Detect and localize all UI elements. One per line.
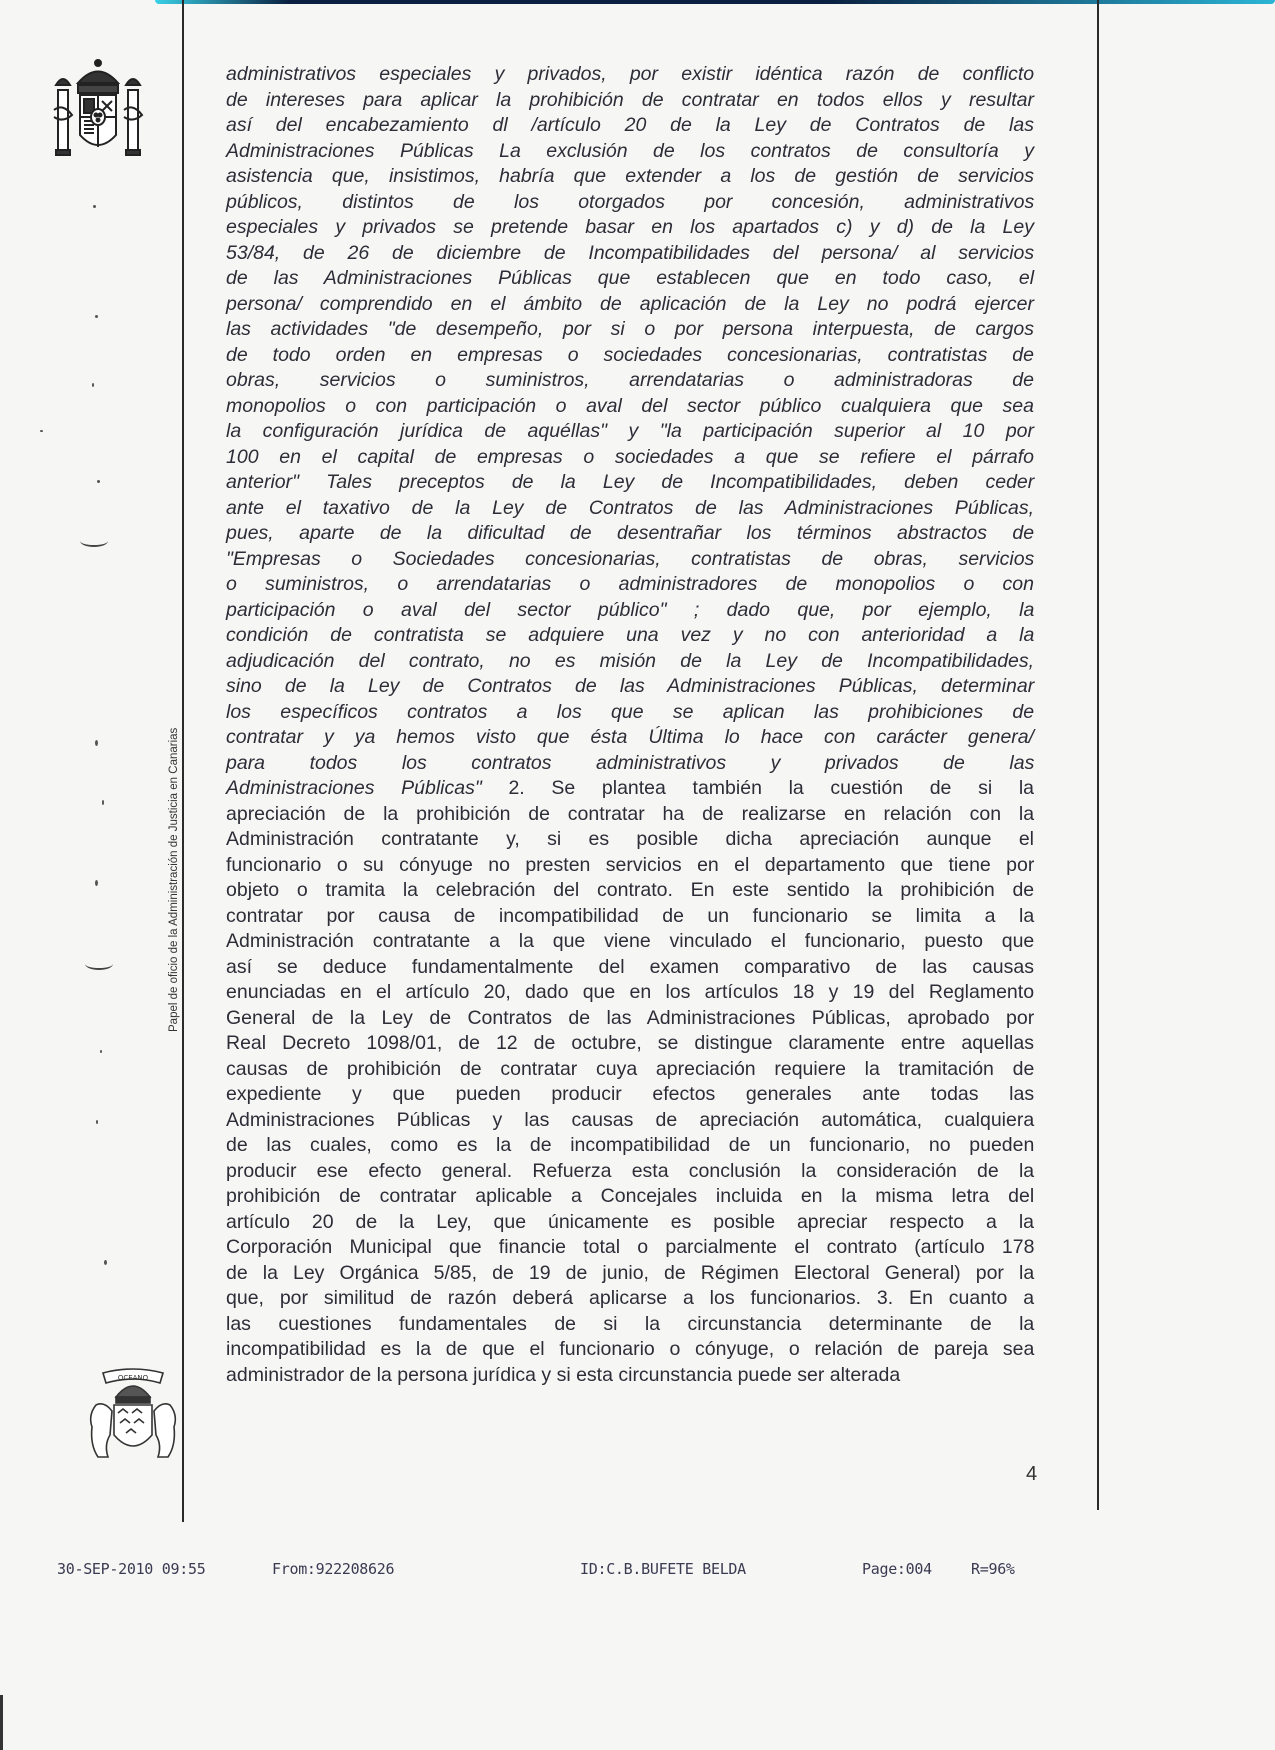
body-text-line: "Empresas o Sociedades concesionarias, c…	[226, 547, 1034, 573]
body-text-line: expediente y que pueden producir efectos…	[226, 1082, 1034, 1108]
body-text-line: 53/84, de 26 de diciembre de Incompatibi…	[226, 241, 1034, 267]
body-text-line: 100 en el capital de empresas o sociedad…	[226, 445, 1034, 471]
scan-edge	[0, 1695, 3, 1750]
body-text-segment: monopolios o con participación o aval de…	[226, 395, 1034, 417]
body-text-line: Corporación Municipal que financie total…	[226, 1235, 1034, 1261]
body-text-segment: Administraciones Públicas y las causas d…	[226, 1109, 1034, 1131]
scan-speck	[104, 1260, 107, 1265]
body-text-segment: de intereses para aplicar la prohibición…	[226, 89, 1034, 111]
body-text-line: Administración contratante y, si es posi…	[226, 827, 1034, 853]
scan-speck	[92, 383, 94, 387]
body-text-segment: públicos, distintos de los otorgados por…	[226, 191, 1034, 213]
body-text-line: Administraciones Públicas La exclusión d…	[226, 139, 1034, 165]
body-text-line: Administraciones Públicas y las causas d…	[226, 1108, 1034, 1134]
body-text-line: artículo 20 de la Ley, que únicamente es…	[226, 1210, 1034, 1236]
body-text-line: ante el taxativo de la Ley de Contratos …	[226, 496, 1034, 522]
body-text-segment: artículo 20 de la Ley, que únicamente es…	[226, 1211, 1034, 1233]
scan-speck	[96, 1120, 98, 1124]
body-text-segment: funcionario o su cónyuge no presten serv…	[226, 854, 1034, 876]
body-text-segment: ante el taxativo de la Ley de Contratos …	[226, 497, 1034, 519]
document-body: administrativos especiales y privados, p…	[226, 62, 1034, 1388]
body-text-segment: de la Ley Orgánica 5/85, de 19 de junio,…	[226, 1262, 1034, 1284]
body-text-segment: adjudicación del contrato, no es misión …	[226, 650, 1034, 672]
body-text-line: pues, aparte de la dificultad de desentr…	[226, 521, 1034, 547]
body-text-segment: producir ese efecto general. Refuerza es…	[226, 1160, 1034, 1182]
body-text-segment: Administraciones Públicas"	[226, 777, 482, 799]
body-text-line: contratar por causa de incompatibilidad …	[226, 904, 1034, 930]
body-text-segment: asistencia que, insistimos, habría que e…	[226, 165, 1034, 187]
body-text-segment: obras, servicios o suministros, arrendat…	[226, 369, 1034, 391]
fax-datetime: 30-SEP-2010 09:55	[57, 1560, 205, 1578]
body-text-line: participación o aval del sector público"…	[226, 598, 1034, 624]
body-text-line: de las cuales, como es la de incompatibi…	[226, 1133, 1034, 1159]
body-text-segment: de las Administraciones Públicas que est…	[226, 267, 1034, 289]
body-text-segment: así se deduce fundamentalmente del exame…	[226, 956, 1034, 978]
body-text-line: obras, servicios o suministros, arrendat…	[226, 368, 1034, 394]
body-text-line: Real Decreto 1098/01, de 12 de octubre, …	[226, 1031, 1034, 1057]
scan-speck	[95, 315, 98, 318]
body-text-segment: de las cuales, como es la de incompatibi…	[226, 1134, 1034, 1156]
body-text-segment: anterior" Tales preceptos de la Ley de I…	[226, 471, 1034, 493]
body-text-segment: de todo orden en empresas o sociedades c…	[226, 344, 1034, 366]
body-text-line: objeto o tramita la celebración del cont…	[226, 878, 1034, 904]
body-text-segment: Administraciones Públicas La exclusión d…	[226, 140, 1034, 162]
body-text-line: así se deduce fundamentalmente del exame…	[226, 955, 1034, 981]
fax-sender-id: ID:C.B.BUFETE BELDA	[580, 1560, 746, 1578]
body-text-segment: enunciadas en el artículo 20, dado que e…	[226, 981, 1034, 1003]
body-text-line: enunciadas en el artículo 20, dado que e…	[226, 980, 1034, 1006]
body-text-segment: así del encabezamiento dl /artículo 20 d…	[226, 114, 1034, 136]
scan-speck	[100, 1050, 102, 1053]
scan-speck	[95, 880, 98, 886]
body-text-segment: para todos los contratos administrativos…	[226, 752, 1034, 774]
body-text-line: sino de la Ley de Contratos de las Admin…	[226, 674, 1034, 700]
body-text-segment: condición de contratista se adquiere una…	[226, 624, 1034, 646]
body-text-segment: 100 en el capital de empresas o sociedad…	[226, 446, 1034, 468]
scan-speck	[102, 800, 104, 805]
body-text-segment: administrador de la persona jurídica y s…	[226, 1364, 900, 1386]
body-text-segment: General de la Ley de Contratos de las Ad…	[226, 1007, 1034, 1029]
canarias-coat-of-arms-icon: OCEANO	[78, 1335, 188, 1475]
body-text-segment: prohibición de contratar aplicable a Con…	[226, 1185, 1034, 1207]
body-text-line: de intereses para aplicar la prohibición…	[226, 88, 1034, 114]
body-text-line: las cuestiones fundamentales de si la ci…	[226, 1312, 1034, 1338]
body-text-line: producir ese efecto general. Refuerza es…	[226, 1159, 1034, 1185]
body-text-segment: "Empresas o Sociedades concesionarias, c…	[226, 548, 1034, 570]
body-text-segment: Corporación Municipal que financie total…	[226, 1236, 1034, 1258]
svg-text:OCEANO: OCEANO	[118, 1374, 149, 1382]
body-text-line: asistencia que, insistimos, habría que e…	[226, 164, 1034, 190]
body-text-line: públicos, distintos de los otorgados por…	[226, 190, 1034, 216]
scan-speck	[93, 205, 96, 208]
body-text-segment: causas de prohibición de contratar cuya …	[226, 1058, 1034, 1080]
body-text-segment: los específicos contratos a los que se a…	[226, 701, 1034, 723]
body-text-line: de las Administraciones Públicas que est…	[226, 266, 1034, 292]
spain-coat-of-arms-icon	[48, 55, 148, 175]
body-text-segment: administrativos especiales y privados, p…	[226, 63, 1034, 85]
body-text-line: persona/ comprendido en el ámbito de apl…	[226, 292, 1034, 318]
body-text-line: de todo orden en empresas o sociedades c…	[226, 343, 1034, 369]
fax-page: Page:004	[862, 1560, 932, 1578]
body-text-line: prohibición de contratar aplicable a Con…	[226, 1184, 1034, 1210]
body-text-line: las actividades "de desempeño, por si o …	[226, 317, 1034, 343]
body-text-segment: o suministros, o arrendatarias o adminis…	[226, 573, 1034, 595]
body-text-line: así del encabezamiento dl /artículo 20 d…	[226, 113, 1034, 139]
body-text-segment: pues, aparte de la dificultad de desentr…	[226, 522, 1034, 544]
body-text-segment: objeto o tramita la celebración del cont…	[226, 879, 1034, 901]
left-margin-rule	[182, 0, 184, 1522]
body-text-segment: participación o aval del sector público"…	[226, 599, 1034, 621]
body-text-line: adjudicación del contrato, no es misión …	[226, 649, 1034, 675]
body-text-line: que, por similitud de razón deberá aplic…	[226, 1286, 1034, 1312]
body-text-line: monopolios o con participación o aval de…	[226, 394, 1034, 420]
body-text-line: General de la Ley de Contratos de las Ad…	[226, 1006, 1034, 1032]
right-margin-rule	[1097, 0, 1099, 1510]
body-text-segment: apreciación de la prohibición de contrat…	[226, 803, 1034, 825]
body-text-line: administrativos especiales y privados, p…	[226, 62, 1034, 88]
body-text-line: Administración contratante a la que vien…	[226, 929, 1034, 955]
body-text-segment: la configuración jurídica de aquéllas" y…	[226, 420, 1034, 442]
body-text-line: condición de contratista se adquiere una…	[226, 623, 1034, 649]
page-number: 4	[1026, 1463, 1037, 1486]
body-text-line: administrador de la persona jurídica y s…	[226, 1363, 1034, 1389]
body-text-line: Administraciones Públicas" 2. Se plantea…	[226, 776, 1034, 802]
body-text-line: la configuración jurídica de aquéllas" y…	[226, 419, 1034, 445]
body-text-segment: expediente y que pueden producir efectos…	[226, 1083, 1034, 1105]
body-text-line: para todos los contratos administrativos…	[226, 751, 1034, 777]
body-text-segment: persona/ comprendido en el ámbito de apl…	[226, 293, 1034, 315]
body-text-segment: las actividades "de desempeño, por si o …	[226, 318, 1034, 340]
body-text-line: contratar y ya hemos visto que ésta Últi…	[226, 725, 1034, 751]
body-text-line: incompatibilidad es la de que el funcion…	[226, 1337, 1034, 1363]
body-text-segment: las cuestiones fundamentales de si la ci…	[226, 1313, 1034, 1335]
body-text-line: de la Ley Orgánica 5/85, de 19 de junio,…	[226, 1261, 1034, 1287]
body-text-segment: Administración contratante a la que vien…	[226, 930, 1034, 952]
body-text-segment: incompatibilidad es la de que el funcion…	[226, 1338, 1034, 1360]
fax-resolution: R=96%	[971, 1560, 1015, 1578]
body-text-segment: 2. Se plantea también la cuestión de si …	[482, 777, 1034, 799]
body-text-segment: que, por similitud de razón deberá aplic…	[226, 1287, 1034, 1309]
scan-speck	[95, 740, 98, 746]
body-text-line: anterior" Tales preceptos de la Ley de I…	[226, 470, 1034, 496]
body-text-segment: contratar por causa de incompatibilidad …	[226, 905, 1034, 927]
body-text-line: apreciación de la prohibición de contrat…	[226, 802, 1034, 828]
body-text-segment: especiales y privados se pretende basar …	[226, 216, 1034, 238]
scan-top-band	[155, 0, 1275, 4]
scan-mark	[80, 535, 108, 547]
body-text-segment: Real Decreto 1098/01, de 12 de octubre, …	[226, 1032, 1034, 1054]
body-text-line: o suministros, o arrendatarias o adminis…	[226, 572, 1034, 598]
scan-mark	[85, 958, 113, 970]
body-text-segment: Administración contratante y, si es posi…	[226, 828, 1034, 850]
body-text-line: funcionario o su cónyuge no presten serv…	[226, 853, 1034, 879]
fax-sender-number: From:922208626	[272, 1560, 394, 1578]
body-text-line: causas de prohibición de contratar cuya …	[226, 1057, 1034, 1083]
body-text-line: los específicos contratos a los que se a…	[226, 700, 1034, 726]
official-paper-caption: Papel de oficio de la Administración de …	[168, 728, 180, 1032]
body-text-segment: sino de la Ley de Contratos de las Admin…	[226, 675, 1034, 697]
body-text-segment: contratar y ya hemos visto que ésta Últi…	[226, 726, 1034, 748]
scan-speck	[40, 430, 43, 432]
body-text-line: especiales y privados se pretende basar …	[226, 215, 1034, 241]
scan-speck	[97, 480, 100, 483]
body-text-segment: 53/84, de 26 de diciembre de Incompatibi…	[226, 242, 1034, 264]
